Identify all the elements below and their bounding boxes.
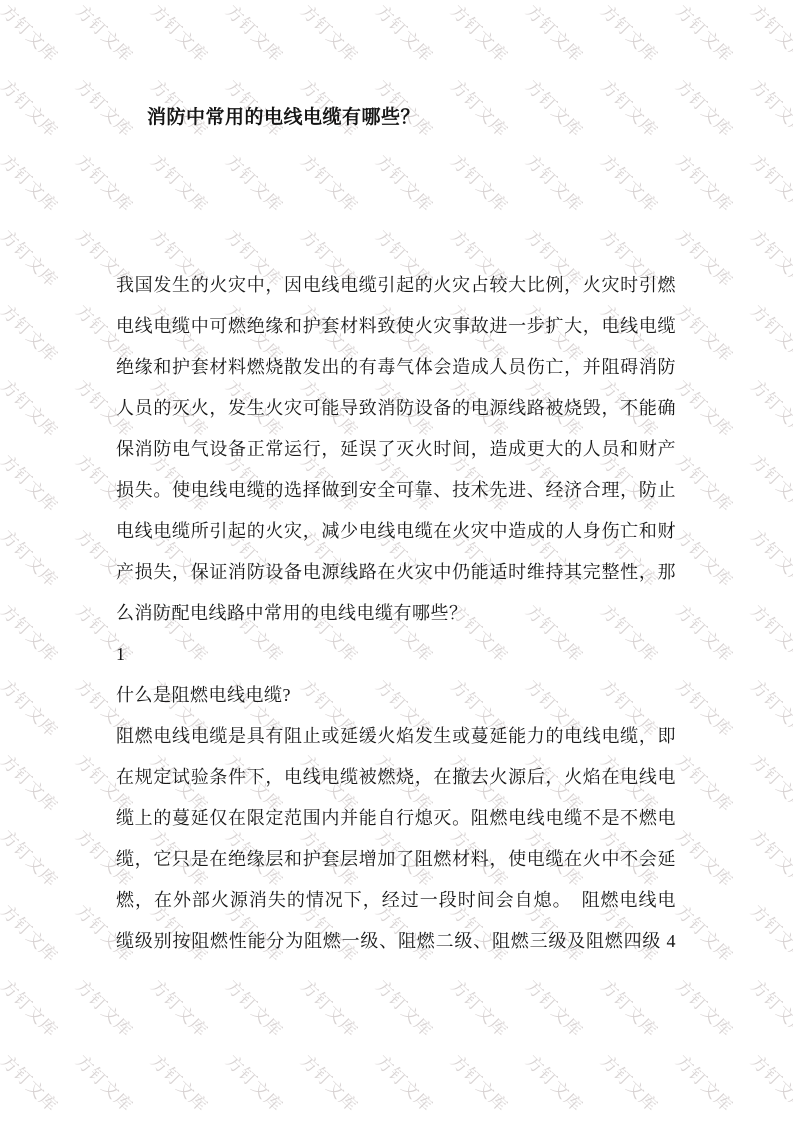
watermark-text: 方钉文库 — [146, 0, 215, 67]
text-line: 1 — [116, 634, 676, 675]
watermark-text: 方钉文库 — [221, 0, 290, 67]
watermark-text: 方钉文库 — [371, 0, 440, 67]
watermark-text: 方钉文库 — [521, 973, 590, 1042]
watermark-text: 方钉文库 — [671, 523, 740, 592]
watermark-text: 方钉文库 — [0, 673, 65, 742]
watermark-text: 方钉文库 — [71, 1048, 140, 1117]
watermark-text: 方钉文库 — [371, 1048, 440, 1117]
watermark-text: 方钉文库 — [0, 0, 65, 67]
watermark-text: 方钉文库 — [296, 1048, 365, 1117]
watermark-text: 方钉文库 — [746, 823, 793, 892]
watermark-text: 方钉文库 — [746, 0, 793, 67]
text-line: 我国发生的火灾中，因电线电缆引起的火灾占较大比例，火灾时引燃 — [116, 265, 676, 306]
text-line: 缆，它只是在绝缘层和护套层增加了阻燃材料，使电缆在火中不会延 — [116, 839, 676, 880]
watermark-text: 方钉文库 — [671, 598, 740, 667]
watermark-text: 方钉文库 — [746, 148, 793, 217]
watermark-text: 方钉文库 — [71, 0, 140, 67]
text-line: 损失。使电线电缆的选择做到安全可靠、技术先进、经济合理，防止 — [116, 470, 676, 511]
watermark-text: 方钉文库 — [746, 1048, 793, 1117]
document-title: 消防中常用的电线电缆有哪些？ — [147, 107, 676, 128]
watermark-text: 方钉文库 — [746, 898, 793, 967]
watermark-text: 方钉文库 — [746, 598, 793, 667]
watermark-text: 方钉文库 — [0, 223, 65, 292]
watermark-text: 方钉文库 — [671, 0, 740, 67]
text-line: 什么是阻燃电线电缆? — [116, 675, 676, 716]
watermark-text: 方钉文库 — [746, 298, 793, 367]
watermark-text: 方钉文库 — [446, 0, 515, 67]
document-body: 我国发生的火灾中，因电线电缆引起的火灾占较大比例，火灾时引燃 电线电缆中可燃绝缘… — [116, 265, 676, 962]
text-line: 电线电缆中可燃绝缘和护套材料致使火灾事故进一步扩大，电线电缆 — [116, 306, 676, 347]
watermark-text: 方钉文库 — [671, 298, 740, 367]
watermark-text: 方钉文库 — [0, 598, 65, 667]
watermark-text: 方钉文库 — [671, 898, 740, 967]
watermark-text: 方钉文库 — [71, 973, 140, 1042]
watermark-text: 方钉文库 — [0, 298, 65, 367]
watermark-text: 方钉文库 — [0, 73, 65, 142]
text-line: 产损失，保证消防设备电源线路在火灾中仍能适时维持其完整性，那 — [116, 552, 676, 593]
watermark-text: 方钉文库 — [671, 73, 740, 142]
watermark-text: 方钉文库 — [0, 523, 65, 592]
watermark-text: 方钉文库 — [746, 373, 793, 442]
text-line: 在规定试验条件下，电线电缆被燃烧，在撤去火源后，火焰在电线电 — [116, 757, 676, 798]
watermark-text: 方钉文库 — [296, 0, 365, 67]
watermark-text: 方钉文库 — [0, 823, 65, 892]
watermark-text: 方钉文库 — [0, 748, 65, 817]
document-content: 消防中常用的电线电缆有哪些？ 我国发生的火灾中，因电线电缆引起的火灾占较大比例，… — [116, 107, 676, 962]
text-line: 燃，在外部火源消失的情况下，经过一段时间会自熄。 阻燃电线电 — [116, 880, 676, 921]
watermark-text: 方钉文库 — [221, 973, 290, 1042]
watermark-text: 方钉文库 — [596, 1048, 665, 1117]
watermark-text: 方钉文库 — [296, 973, 365, 1042]
watermark-text: 方钉文库 — [596, 0, 665, 67]
watermark-text: 方钉文库 — [671, 148, 740, 217]
watermark-text: 方钉文库 — [0, 1048, 65, 1117]
watermark-text: 方钉文库 — [671, 448, 740, 517]
text-line: 么消防配电线路中常用的电线电缆有哪些？ — [116, 593, 676, 634]
watermark-text: 方钉文库 — [746, 448, 793, 517]
watermark-text: 方钉文库 — [446, 1048, 515, 1117]
watermark-text: 方钉文库 — [671, 1048, 740, 1117]
text-line: 缆级别按阻燃性能分为阻燃一级、阻燃二级、阻燃三级及阻燃四级 4 — [116, 921, 676, 962]
document-page: 方钉文库方钉文库方钉文库方钉文库方钉文库方钉文库方钉文库方钉文库方钉文库方钉文库… — [0, 0, 793, 1122]
watermark-text: 方钉文库 — [0, 898, 65, 967]
text-line: 保消防电气设备正常运行，延误了灭火时间，造成更大的人员和财产 — [116, 429, 676, 470]
text-line: 人员的灭火，发生火灾可能导致消防设备的电源线路被烧毁，不能确 — [116, 388, 676, 429]
watermark-text: 方钉文库 — [0, 373, 65, 442]
watermark-text: 方钉文库 — [0, 973, 65, 1042]
watermark-text: 方钉文库 — [671, 748, 740, 817]
watermark-text: 方钉文库 — [671, 823, 740, 892]
watermark-text: 方钉文库 — [746, 73, 793, 142]
watermark-text: 方钉文库 — [521, 0, 590, 67]
text-line: 电线电缆所引起的火灾，减少电线电缆在火灾中造成的人身伤亡和财 — [116, 511, 676, 552]
watermark-text: 方钉文库 — [146, 1048, 215, 1117]
watermark-text: 方钉文库 — [371, 973, 440, 1042]
watermark-text: 方钉文库 — [0, 448, 65, 517]
watermark-text: 方钉文库 — [146, 973, 215, 1042]
text-line: 阻燃电线电缆是具有阻止或延缓火焰发生或蔓延能力的电线电缆，即 — [116, 716, 676, 757]
watermark-text: 方钉文库 — [746, 973, 793, 1042]
text-line: 缆上的蔓延仅在限定范围内并能自行熄灭。阻燃电线电缆不是不燃电 — [116, 798, 676, 839]
watermark-text: 方钉文库 — [0, 148, 65, 217]
watermark-text: 方钉文库 — [671, 673, 740, 742]
watermark-text: 方钉文库 — [671, 373, 740, 442]
watermark-text: 方钉文库 — [521, 1048, 590, 1117]
watermark-text: 方钉文库 — [746, 748, 793, 817]
watermark-text: 方钉文库 — [221, 1048, 290, 1117]
watermark-text: 方钉文库 — [671, 973, 740, 1042]
watermark-text: 方钉文库 — [746, 223, 793, 292]
watermark-text: 方钉文库 — [596, 973, 665, 1042]
watermark-text: 方钉文库 — [446, 973, 515, 1042]
watermark-text: 方钉文库 — [746, 673, 793, 742]
watermark-text: 方钉文库 — [746, 523, 793, 592]
text-line: 绝缘和护套材料燃烧散发出的有毒气体会造成人员伤亡，并阻碍消防 — [116, 347, 676, 388]
watermark-text: 方钉文库 — [671, 223, 740, 292]
